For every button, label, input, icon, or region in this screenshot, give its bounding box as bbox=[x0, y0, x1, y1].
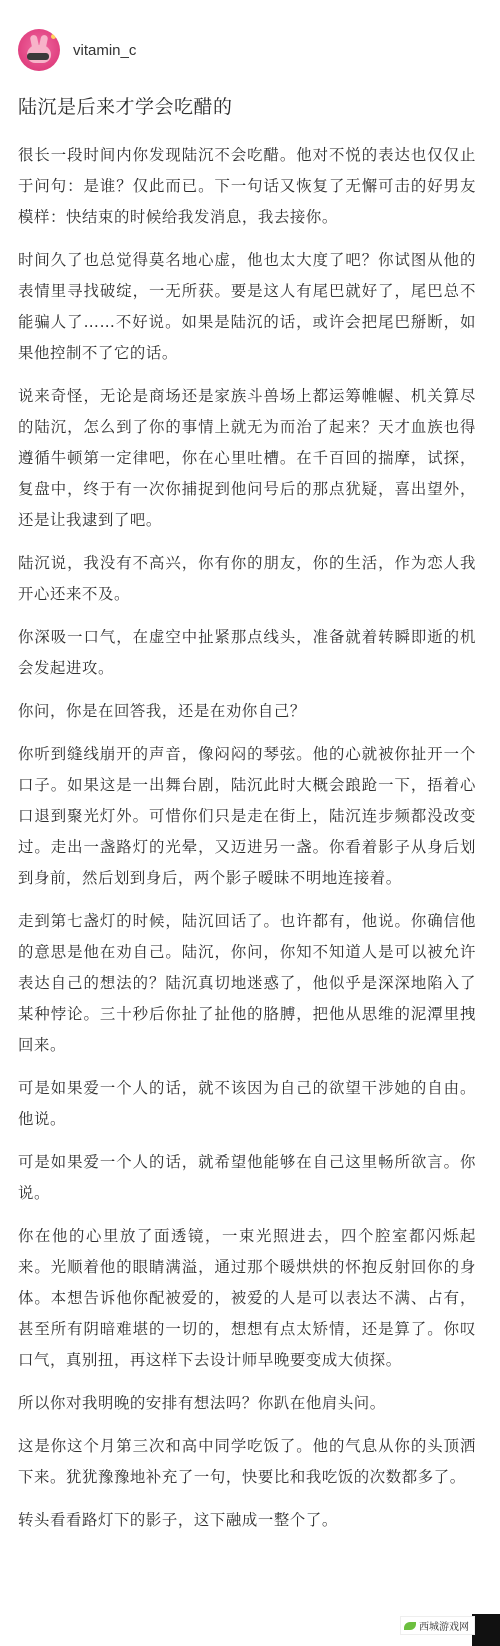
paragraph: 你深吸一口气，在虚空中扯紧那点线头，准备就着转瞬即逝的机会发起进攻。 bbox=[18, 622, 476, 684]
avatar[interactable] bbox=[18, 29, 60, 71]
post-header: vitamin_c bbox=[18, 28, 136, 72]
paragraph: 走到第七盏灯的时候，陆沉回话了。也许都有，他说。你确信他的意思是他在劝自己。陆沉… bbox=[18, 906, 476, 1061]
star-icon bbox=[51, 34, 56, 39]
corner-shadow bbox=[472, 1614, 500, 1646]
username[interactable]: vitamin_c bbox=[73, 42, 136, 59]
paragraph: 可是如果爱一个人的话，就希望他能够在自己这里畅所欲言。你说。 bbox=[18, 1147, 476, 1209]
paragraph: 说来奇怪，无论是商场还是家族斗兽场上都运筹帷幄、机关算尽的陆沉，怎么到了你的事情… bbox=[18, 381, 476, 536]
avatar-tag-icon bbox=[27, 53, 49, 60]
watermark-text: 西城游戏网 bbox=[419, 1618, 469, 1633]
paragraph: 这是你这个月第三次和高中同学吃饭了。他的气息从你的头顶洒下来。犹犹豫豫地补充了一… bbox=[18, 1431, 476, 1493]
paragraph: 所以你对我明晚的安排有想法吗？你趴在他肩头问。 bbox=[18, 1388, 476, 1419]
site-watermark: 西城游戏网 bbox=[400, 1616, 475, 1635]
paragraph: 转头看看路灯下的影子，这下融成一整个了。 bbox=[18, 1505, 476, 1536]
paragraph: 时间久了也总觉得莫名地心虚，他也太大度了吧？你试图从他的表情里寻找破绽，一无所获… bbox=[18, 245, 476, 369]
paragraph: 你问，你是在回答我，还是在劝你自己？ bbox=[18, 696, 476, 727]
paragraph: 很长一段时间内你发现陆沉不会吃醋。他对不悦的表达也仅仅止于问句：是谁？仅此而已。… bbox=[18, 140, 476, 233]
paragraph: 你听到缝线崩开的声音，像闷闷的琴弦。他的心就被你扯开一个口子。如果这是一出舞台剧… bbox=[18, 739, 476, 894]
post-body: 很长一段时间内你发现陆沉不会吃醋。他对不悦的表达也仅仅止于问句：是谁？仅此而已。… bbox=[18, 140, 476, 1548]
paragraph: 可是如果爱一个人的话，就不该因为自己的欲望干涉她的自由。他说。 bbox=[18, 1073, 476, 1135]
paragraph: 陆沉说，我没有不高兴，你有你的朋友，你的生活，作为恋人我开心还来不及。 bbox=[18, 548, 476, 610]
leaf-logo-icon bbox=[404, 1622, 416, 1630]
paragraph: 你在他的心里放了面透镜，一束光照进去，四个腔室都闪烁起来。光顺着他的眼睛满溢，通… bbox=[18, 1221, 476, 1376]
post-title: 陆沉是后来才学会吃醋的 bbox=[18, 92, 233, 119]
